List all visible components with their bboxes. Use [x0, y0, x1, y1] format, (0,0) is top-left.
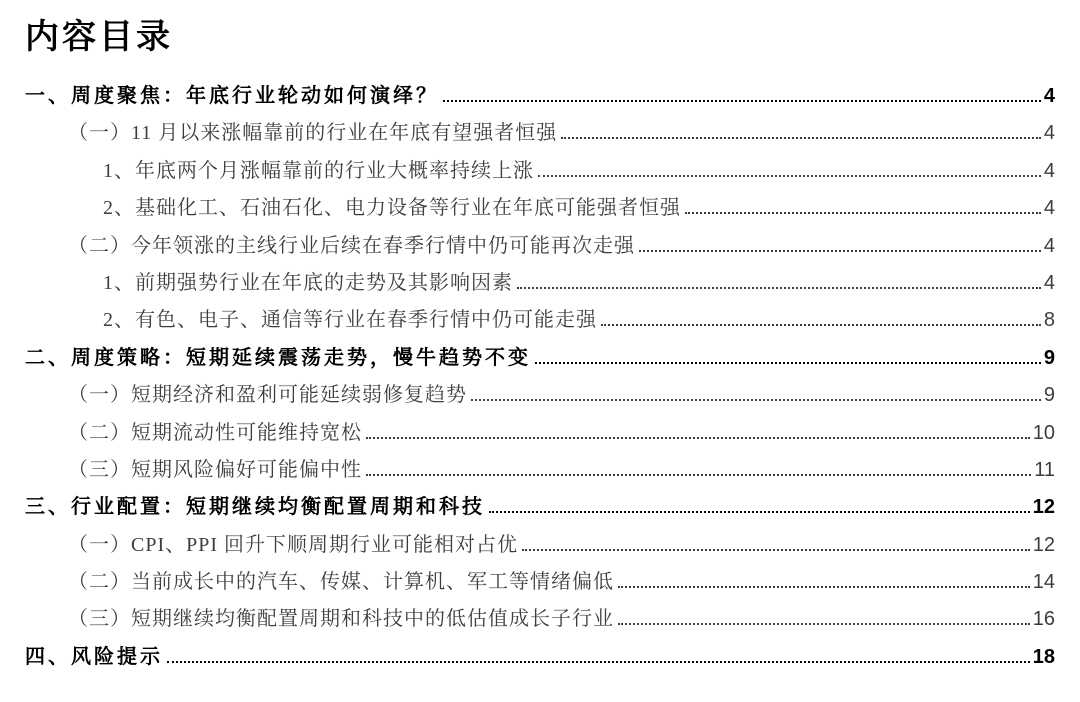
dot-leader: [471, 399, 1041, 401]
toc-entry-title: 二、周度策略：短期延续震荡走势，慢牛趋势不变: [25, 340, 531, 377]
toc-entry-page: 10: [1033, 415, 1055, 452]
toc-entry[interactable]: （三）短期风险偏好可能偏中性 11: [25, 452, 1055, 489]
dot-leader: [601, 324, 1041, 326]
toc-entry-page: 4: [1044, 228, 1055, 265]
toc-entry[interactable]: 三、行业配置：短期继续均衡配置周期和科技 12: [25, 489, 1055, 526]
toc-entry-title: （三）短期风险偏好可能偏中性: [68, 452, 362, 489]
toc-entry[interactable]: 2、有色、电子、通信等行业在春季行情中仍可能走强 8: [25, 302, 1055, 339]
toc-entry-title: 2、基础化工、石油石化、电力设备等行业在年底可能强者恒强: [103, 190, 681, 227]
toc-entry-page: 11: [1034, 452, 1055, 489]
dot-leader: [618, 586, 1030, 588]
toc-entry-page: 12: [1033, 527, 1055, 564]
toc-entry-title: 2、有色、电子、通信等行业在春季行情中仍可能走强: [103, 302, 597, 339]
toc-entry[interactable]: （一）短期经济和盈利可能延续弱修复趋势 9: [25, 377, 1055, 414]
dot-leader: [366, 437, 1030, 439]
dot-leader: [517, 287, 1041, 289]
toc-entry-page: 16: [1033, 601, 1055, 638]
toc-entry-title: 一、周度聚焦：年底行业轮动如何演绎？: [25, 78, 439, 115]
toc-entry-page: 4: [1044, 265, 1055, 302]
dot-leader: [535, 362, 1041, 364]
toc-entry-title: （一）短期经济和盈利可能延续弱修复趋势: [68, 377, 467, 414]
toc-entry[interactable]: （二）当前成长中的汽车、传媒、计算机、军工等情绪偏低 14: [25, 564, 1055, 601]
toc-entry[interactable]: 四、风险提示 18: [25, 639, 1055, 676]
dot-leader: [538, 175, 1041, 177]
toc-entry[interactable]: 2、基础化工、石油石化、电力设备等行业在年底可能强者恒强 4: [25, 190, 1055, 227]
toc-entry-page: 8: [1044, 302, 1055, 339]
toc-entry[interactable]: （二）短期流动性可能维持宽松 10: [25, 415, 1055, 452]
toc-entry-title: （一）11 月以来涨幅靠前的行业在年底有望强者恒强: [68, 115, 557, 152]
dot-leader: [443, 100, 1041, 102]
dot-leader: [489, 511, 1030, 513]
page-title: 内容目录: [25, 14, 1055, 62]
toc-entry[interactable]: （一）11 月以来涨幅靠前的行业在年底有望强者恒强 4: [25, 115, 1055, 152]
toc-entry[interactable]: （二）今年领涨的主线行业后续在春季行情中仍可能再次走强 4: [25, 228, 1055, 265]
dot-leader: [639, 250, 1041, 252]
toc-entry-page: 4: [1044, 190, 1055, 227]
toc-entry-title: （二）今年领涨的主线行业后续在春季行情中仍可能再次走强: [68, 228, 635, 265]
toc-entry[interactable]: （一）CPI、PPI 回升下顺周期行业可能相对占优 12: [25, 527, 1055, 564]
toc-entry-page: 4: [1044, 153, 1055, 190]
toc-entry-page: 12: [1033, 489, 1055, 526]
toc-entry-page: 9: [1044, 377, 1055, 414]
toc-entry-page: 4: [1044, 78, 1055, 115]
dot-leader: [561, 137, 1041, 139]
document-page: 内容目录 一、周度聚焦：年底行业轮动如何演绎？ 4 （一）11 月以来涨幅靠前的…: [0, 0, 1080, 702]
dot-leader: [618, 623, 1030, 625]
toc-entry-page: 18: [1033, 639, 1055, 676]
toc-entry-title: （二）当前成长中的汽车、传媒、计算机、军工等情绪偏低: [68, 564, 614, 601]
toc-entry[interactable]: 一、周度聚焦：年底行业轮动如何演绎？ 4: [25, 78, 1055, 115]
dot-leader: [522, 549, 1030, 551]
toc-entry-title: （二）短期流动性可能维持宽松: [68, 415, 362, 452]
toc-entry-title: 1、前期强势行业在年底的走势及其影响因素: [103, 265, 513, 302]
toc-entry-title: （三）短期继续均衡配置周期和科技中的低估值成长子行业: [68, 601, 614, 638]
dot-leader: [685, 212, 1041, 214]
dot-leader: [366, 474, 1031, 476]
toc-entry[interactable]: （三）短期继续均衡配置周期和科技中的低估值成长子行业 16: [25, 601, 1055, 638]
toc-entry[interactable]: 1、年底两个月涨幅靠前的行业大概率持续上涨 4: [25, 153, 1055, 190]
toc-entry-title: （一）CPI、PPI 回升下顺周期行业可能相对占优: [68, 527, 518, 564]
toc-entry[interactable]: 二、周度策略：短期延续震荡走势，慢牛趋势不变 9: [25, 340, 1055, 377]
toc-entry-title: 四、风险提示: [25, 639, 163, 676]
dot-leader: [167, 661, 1030, 663]
toc-entry-title: 三、行业配置：短期继续均衡配置周期和科技: [25, 489, 485, 526]
toc-list: 一、周度聚焦：年底行业轮动如何演绎？ 4 （一）11 月以来涨幅靠前的行业在年底…: [25, 78, 1055, 676]
toc-entry-title: 1、年底两个月涨幅靠前的行业大概率持续上涨: [103, 153, 534, 190]
toc-entry-page: 14: [1033, 564, 1055, 601]
toc-entry[interactable]: 1、前期强势行业在年底的走势及其影响因素 4: [25, 265, 1055, 302]
toc-entry-page: 9: [1044, 340, 1055, 377]
toc-entry-page: 4: [1044, 115, 1055, 152]
